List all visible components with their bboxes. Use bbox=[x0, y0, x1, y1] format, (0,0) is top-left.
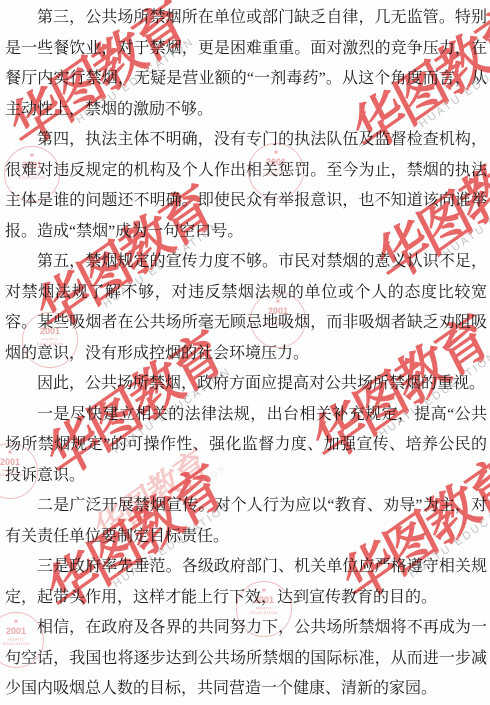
paragraph: 二是广泛开展禁烟宣传。对个人行为应以“教育、劝导”为主，对有关责任单位要制定目标… bbox=[5, 491, 487, 552]
paragraph: 第四，执法主体不明确，没有专门的执法队伍及监督检查机构，很难对违反规定的机构及个… bbox=[5, 125, 487, 247]
document-text: 第三，公共场所禁烟所在单位或部门缺乏自律，几无监管。特别是一些餐饮业，对于禁烟，… bbox=[0, 0, 490, 705]
paragraph: 第五，禁烟规定的宣传力度不够。市民对禁烟的意义认识不足，对禁烟法规了解不够，对违… bbox=[5, 247, 487, 369]
paragraph: 相信，在政府及各界的共同努力下，公共场所禁烟将不再成为一句空话，我国也将逐步达到… bbox=[5, 613, 487, 705]
paragraph: 因此，公共场所禁烟，政府方面应提高对公共场所禁烟的重视。 bbox=[5, 369, 487, 400]
document-page: 华图教育 HUATU EDUCATION 华图教育 HUATU EDUCATIO… bbox=[0, 0, 490, 705]
paragraph: 第三，公共场所禁烟所在单位或部门缺乏自律，几无监管。特别是一些餐饮业，对于禁烟，… bbox=[5, 3, 487, 125]
paragraph: 三是政府率先垂范。各级政府部门、机关单位应严格遵守相关规定，起带头作用，这样才能… bbox=[5, 552, 487, 613]
paragraph: 一是尽快建立相关的法律法规，出台相关补充规定，提高“公共场所禁烟规定”的可操作性… bbox=[5, 400, 487, 492]
